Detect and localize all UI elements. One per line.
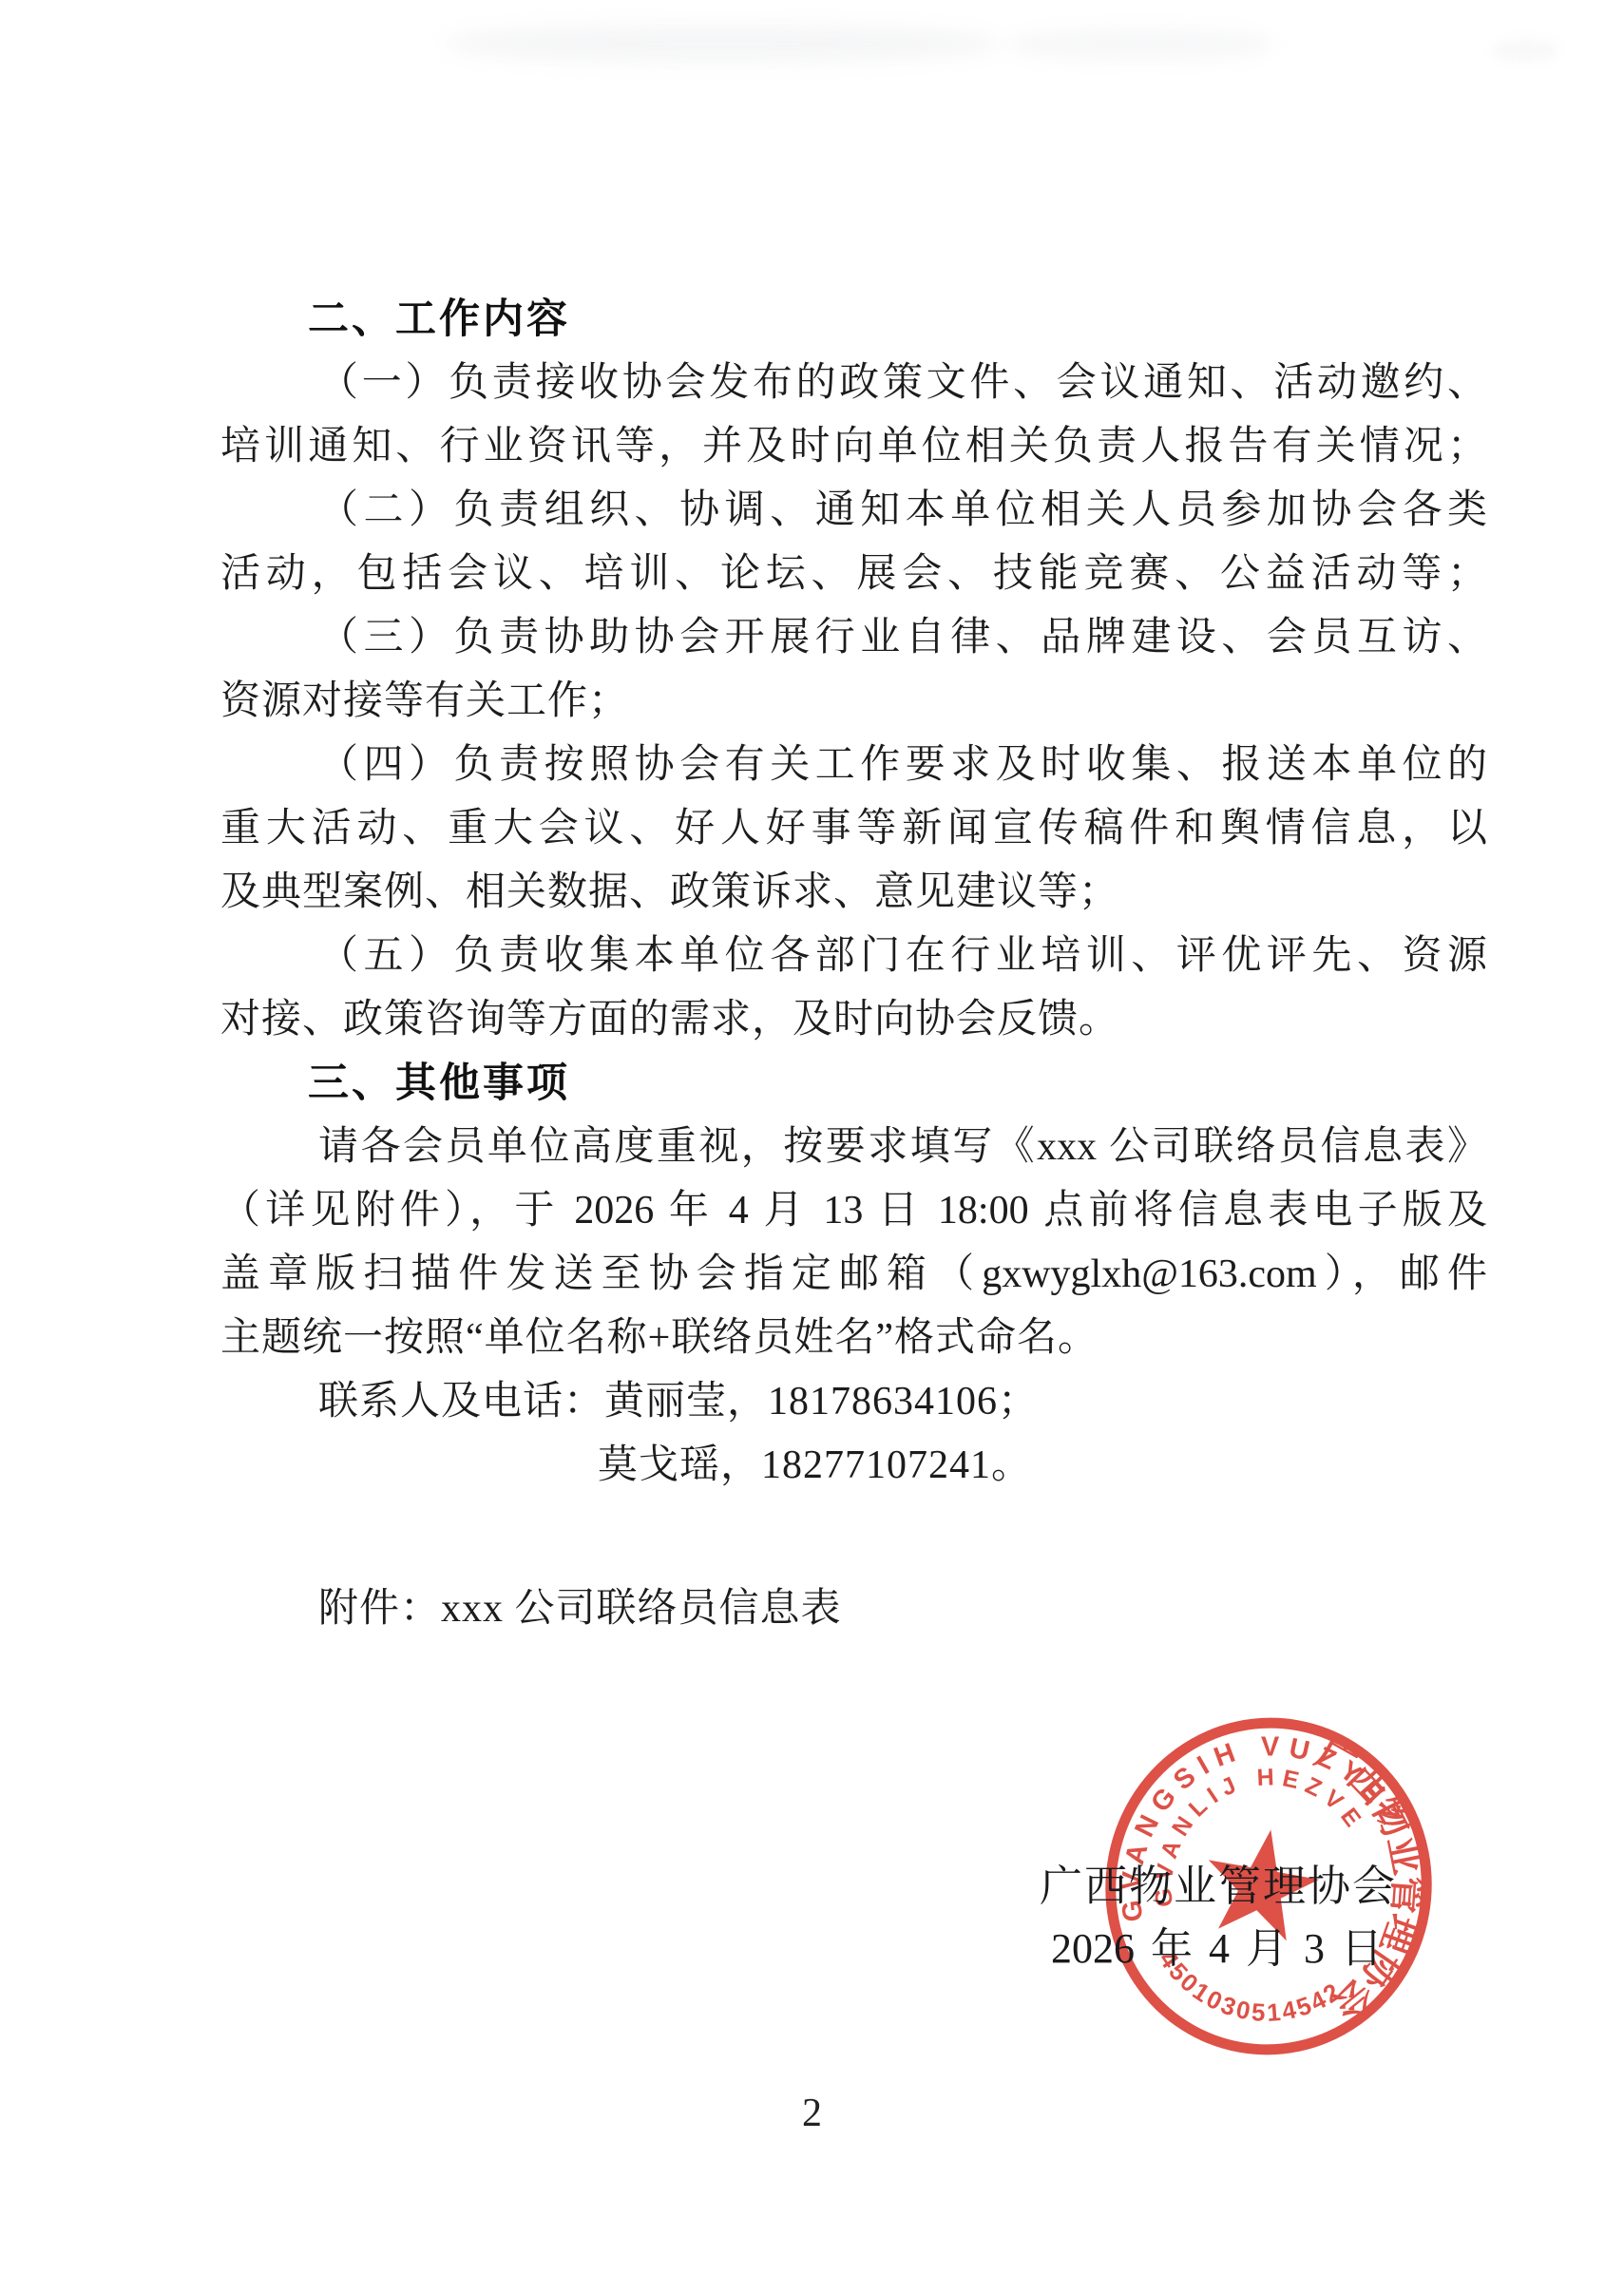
section-heading: 三、其他事项 [220, 1052, 1487, 1116]
signature-organization: 广西物业管理协会 [1040, 1851, 1397, 1913]
body-line: 资源对接等有关工作； [220, 670, 1487, 734]
body-line: 请各会员单位高度重视，按要求填写《xxx 公司联络员信息表》 [220, 1116, 1487, 1179]
body-line: 主题统一按照“单位名称+联络员姓名”格式命名。 [220, 1307, 1487, 1370]
body-line: 盖章版扫描件发送至协会指定邮箱（gxwyglxh@163.com），邮件 [220, 1243, 1487, 1307]
body-line: 重大活动、重大会议、好人好事等新闻宣传稿件和舆情信息，以 [220, 797, 1487, 861]
body-line: 培训通知、行业资讯等，并及时向单位相关负责人报告有关情况； [220, 415, 1487, 479]
body-line: （一）负责接收协会发布的政策文件、会议通知、活动邀约、 [220, 352, 1487, 415]
body-line: （详见附件），于 2026 年 4 月 13 日 18:00 点前将信息表电子版… [220, 1179, 1487, 1243]
body-line: 对接、政策咨询等方面的需求，及时向协会反馈。 [220, 988, 1487, 1052]
scan-smudge [1492, 40, 1558, 61]
section-heading: 二、工作内容 [220, 288, 1487, 352]
contact-line: 联系人及电话：黄丽莹，18178634106； [220, 1370, 1487, 1434]
attachment-line: 附件：xxx 公司联络员信息表 [220, 1577, 1487, 1641]
body-line: 活动，包括会议、培训、论坛、展会、技能竞赛、公益活动等； [220, 543, 1487, 606]
body-line: （二）负责组织、协调、通知本单位相关人员参加协会各类 [220, 479, 1487, 543]
document-body: 二、工作内容 （一）负责接收协会发布的政策文件、会议通知、活动邀约、 培训通知、… [220, 288, 1487, 1641]
signature-date: 2026 年 4 月 3 日 [1051, 1914, 1383, 1975]
scan-smudge [1007, 29, 1273, 61]
body-line: （三）负责协助协会开展行业自律、品牌建设、会员互访、 [220, 606, 1487, 670]
body-line: 及典型案例、相关数据、政策诉求、意见建议等； [220, 861, 1487, 925]
scan-smudge [447, 25, 998, 63]
body-line: （四）负责按照协会有关工作要求及时收集、报送本单位的 [220, 734, 1487, 797]
body-line: （五）负责收集本单位各部门在行业培训、评优评先、资源 [220, 925, 1487, 988]
contact-line: 莫戈瑶，18277107241。 [598, 1434, 1487, 1498]
document-page: 二、工作内容 （一）负责接收协会发布的政策文件、会议通知、活动邀约、 培训通知、… [0, 0, 1624, 2274]
